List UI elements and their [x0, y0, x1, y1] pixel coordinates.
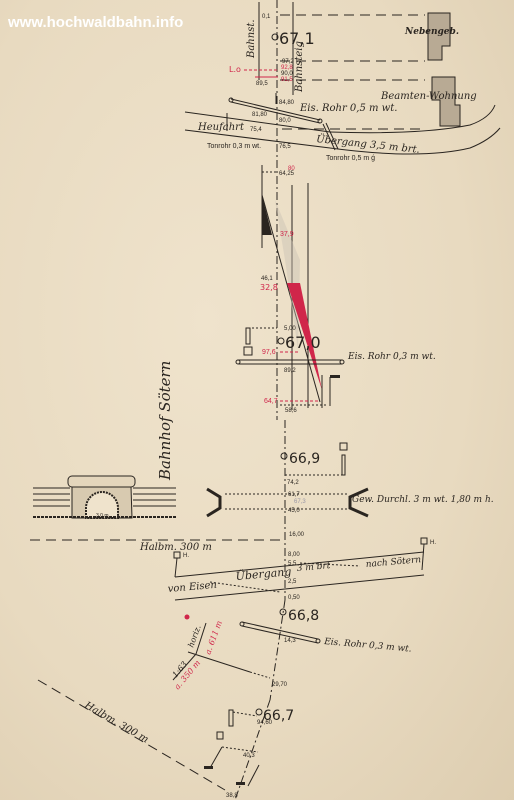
measure-red: 37,9 [280, 231, 294, 238]
watermark: www.hochwaldbahn.info [7, 14, 183, 31]
measure: 0,50 [288, 595, 300, 601]
measure: 89,5 [256, 81, 268, 87]
pipe-label: Eis. Rohr 0,5 m wt. [299, 103, 397, 114]
measure-red: 80 [288, 166, 295, 172]
platform-label-left: Bahnst. [246, 19, 257, 59]
measure: 5,00 [284, 326, 296, 332]
culvert-wing-left [207, 489, 220, 516]
platform-label-right: Bahnsteig [294, 41, 305, 93]
pipe-end-icon [340, 360, 344, 364]
signal-box-icon [244, 347, 252, 355]
measure: 75,4 [250, 127, 262, 133]
curve-label: Halbm. 300 m [82, 700, 151, 746]
km-post-icon [281, 453, 287, 459]
road-label: Heufahrt [197, 122, 245, 133]
measure-faded: 67,3 [294, 499, 306, 505]
lo-marker: L.o [229, 65, 241, 74]
pipe-label: Tonrohr 0,3 m wt. [207, 143, 261, 150]
measure: 16,00 [289, 532, 305, 538]
km-marker-670: 67,0 [285, 333, 321, 352]
crossing-signal-icon [421, 538, 427, 544]
red-dot-marker [185, 615, 190, 620]
km-post-icon [256, 709, 262, 715]
pipe-label: Eis. Rohr 0,3 m wt. [347, 352, 436, 362]
gradient-change-line [250, 672, 270, 678]
measure: 40,3 [243, 753, 255, 759]
buffer-stop-icon [330, 375, 340, 378]
measure: 84,80 [279, 100, 295, 106]
direction-label: von Eisen [167, 580, 217, 595]
reference-line [233, 712, 257, 716]
buffer-stop-icon [204, 766, 213, 769]
measure: 58,6 [285, 408, 297, 414]
pipe-label: Tonrohr 0,5 m ǵ [326, 155, 375, 162]
measure: 74,2 [287, 480, 299, 486]
measure: 0,1 [262, 14, 271, 20]
measure: 46,1 [261, 276, 273, 282]
km-post-icon [278, 338, 284, 344]
signal-label: H. [183, 553, 189, 559]
measure: 29,70 [272, 682, 288, 688]
building-label: Nebengeb. [404, 27, 459, 37]
track-plan-drawing: www.hochwaldbahn.info Bahnst. Bahnsteig … [0, 0, 514, 800]
buffer-stop [210, 747, 222, 768]
signal-post [422, 544, 424, 570]
measure: 61,7 [288, 492, 300, 498]
curve-label: Halbm. 300 m [139, 542, 212, 553]
buffer-stop-icon [236, 782, 245, 785]
measure: 89,2 [284, 368, 296, 374]
measure: 94,60 [257, 720, 273, 726]
km-marker-668: 66,8 [288, 608, 319, 624]
measure: 81,80 [252, 112, 268, 118]
measure-red: 32,8 [260, 283, 278, 292]
signal-box-icon [217, 732, 223, 739]
gradient-label: horiz. [186, 624, 202, 649]
pipe-end-icon [316, 639, 320, 643]
measure-red: 91,5 [281, 77, 293, 83]
measure: 2,5 [288, 579, 297, 585]
station-title: Bahnhof Sötern [156, 361, 174, 481]
measure: 8,00 [288, 552, 300, 558]
pipe-end-icon [236, 360, 240, 364]
measure-red: 97,6 [262, 349, 276, 356]
signal-mast-icon [246, 328, 250, 344]
signal-box-icon [340, 443, 347, 450]
signal-mast-icon [342, 455, 345, 475]
measure-red: 64,7 [264, 398, 278, 405]
pipe-end-icon [240, 622, 244, 626]
culvert-width: 3,0 m [96, 513, 109, 519]
culvert-elevation-sketch: 3,0 m [33, 476, 176, 519]
signal-label: H. [430, 540, 436, 546]
km-marker-669: 66,9 [289, 451, 320, 467]
building-label: Beamten-Wohnung [380, 91, 477, 102]
guide-line [210, 582, 280, 592]
signal-post [175, 558, 177, 577]
iron-pipe [242, 626, 318, 643]
gradient-length-red: a. 611 m [203, 619, 224, 656]
culvert-label: Gew. Durchl. 3 m wt. 1,80 m h. [352, 495, 494, 505]
measure: 14,3 [284, 638, 296, 644]
signal-mast-icon [229, 710, 233, 726]
measure: 80,0 [279, 118, 291, 124]
crossing-label: Übergang [235, 564, 292, 583]
measure: 76,5 [279, 144, 291, 150]
km-marker-671: 67,1 [279, 29, 315, 48]
pipe-label: Eis. Rohr 0,3 m wt. [323, 637, 412, 655]
buffer-stop [248, 765, 259, 786]
pipe-end-icon [229, 98, 233, 102]
measure: 45,0 [288, 508, 300, 514]
measure: 38,8 [226, 793, 238, 799]
plan-sheet: www.hochwaldbahn.info Bahnst. Bahnsteig … [0, 0, 514, 800]
